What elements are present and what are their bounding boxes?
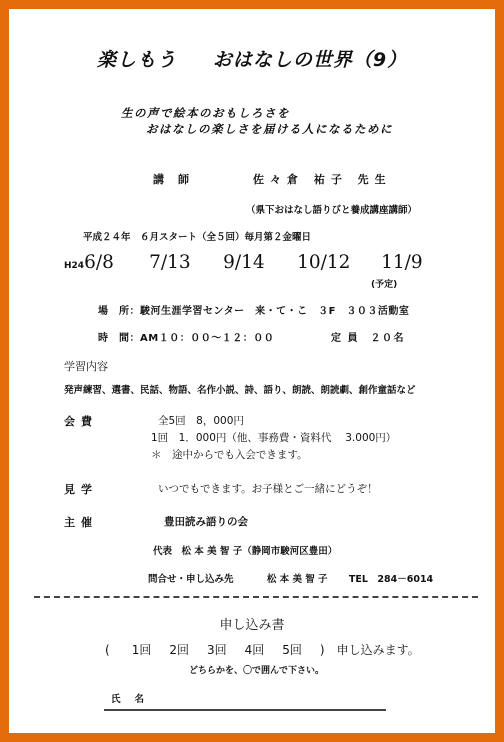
contact-tel: TEL 284－6014 (349, 574, 433, 585)
lecturer-label: 講師 (153, 171, 203, 187)
schedule-note: 平成２４年 ６月スタート（全５回）毎月第２金曜日 (83, 229, 311, 243)
session-date: 6/8 (84, 252, 149, 273)
fee-label: 会費 (64, 413, 98, 429)
session-date: 10/12 (297, 252, 381, 273)
session-option-3[interactable]: 3回 (207, 641, 227, 658)
subtitle-line-2: おはなしの楽しさを届ける人になるために (146, 121, 393, 137)
title-part-2: おはなしの世界（9） (213, 49, 407, 71)
title-part-1: 楽しもう (97, 49, 177, 71)
host-label: 主催 (64, 514, 98, 530)
session-date: 7/13 (149, 252, 223, 273)
flyer-page: 楽しもうおはなしの世界（9） 生の声で絵本のおもしろさを おはなしの楽しさを届け… (9, 9, 495, 733)
representative: 代表 松 本 美 智 子（静岡市駿河区豊田） (153, 543, 337, 557)
session-date: 11/9 (381, 252, 423, 273)
fee-total: 全5回 8，000円 (158, 413, 244, 428)
form-instruction: どちらかを、〇で囲んで下さい。 (189, 663, 324, 676)
apply-text: ) 申し込みます。 (320, 643, 420, 657)
time-info: 時 間：AM１０：００～１２：００ (98, 329, 274, 344)
visit-text: いつでもできます。お子様とご一緒にどうぞ！ (158, 481, 378, 496)
era-label: H24 (64, 261, 84, 271)
fee-note: ＊ 途中からでも入会できます。 (151, 447, 308, 462)
session-option-5[interactable]: 5回 (282, 641, 302, 658)
tentative-note: (予定) (371, 277, 397, 290)
visit-label: 見学 (64, 481, 98, 497)
lecturer-role: （県下おはなし語りびと養成講座講師） (246, 202, 417, 216)
form-title: 申し込み書 (9, 614, 495, 633)
session-choice-row: (1回2回3回4回5回) 申し込みます。 (105, 641, 420, 658)
lecturer-name: 佐々倉 祐子 先生 (253, 171, 392, 187)
session-option-4[interactable]: 4回 (245, 641, 265, 658)
host-org: 豊田読み語りの会 (164, 514, 248, 529)
content-body: 発声練習、選書、民話、物語、名作小説、詩、語り、朗読、朗読劇、創作童話など (64, 382, 416, 396)
place-info: 場 所：駿河生涯学習センター 来・て・こ ３F ３０３活動室 (98, 302, 409, 317)
content-heading: 学習内容 (64, 358, 108, 374)
flyer-title: 楽しもうおはなしの世界（9） (9, 45, 495, 72)
session-option-2[interactable]: 2回 (169, 641, 189, 658)
name-field-line[interactable] (104, 709, 386, 711)
session-dates: H246/87/139/1410/1211/9 (64, 252, 423, 273)
fee-per-session: 1回 1．000円（他、事務費・資料代 3.000円） (151, 430, 396, 445)
contact-name: 松 本 美 智 子 (267, 574, 328, 585)
contact-label: 問合せ・申し込み先 (148, 574, 234, 585)
contact-info: 問合せ・申し込み先 松 本 美 智 子 TEL 284－6014 (148, 571, 433, 585)
capacity-info: 定 員 ２０名 (331, 329, 405, 344)
session-option-1[interactable]: 1回 (132, 641, 152, 658)
name-label: 氏名 (111, 691, 158, 705)
cut-line-divider (34, 596, 478, 598)
subtitle-line-1: 生の声で絵本のおもしろさを (121, 105, 290, 121)
open-paren: ( (105, 643, 110, 657)
session-date: 9/14 (223, 252, 297, 273)
